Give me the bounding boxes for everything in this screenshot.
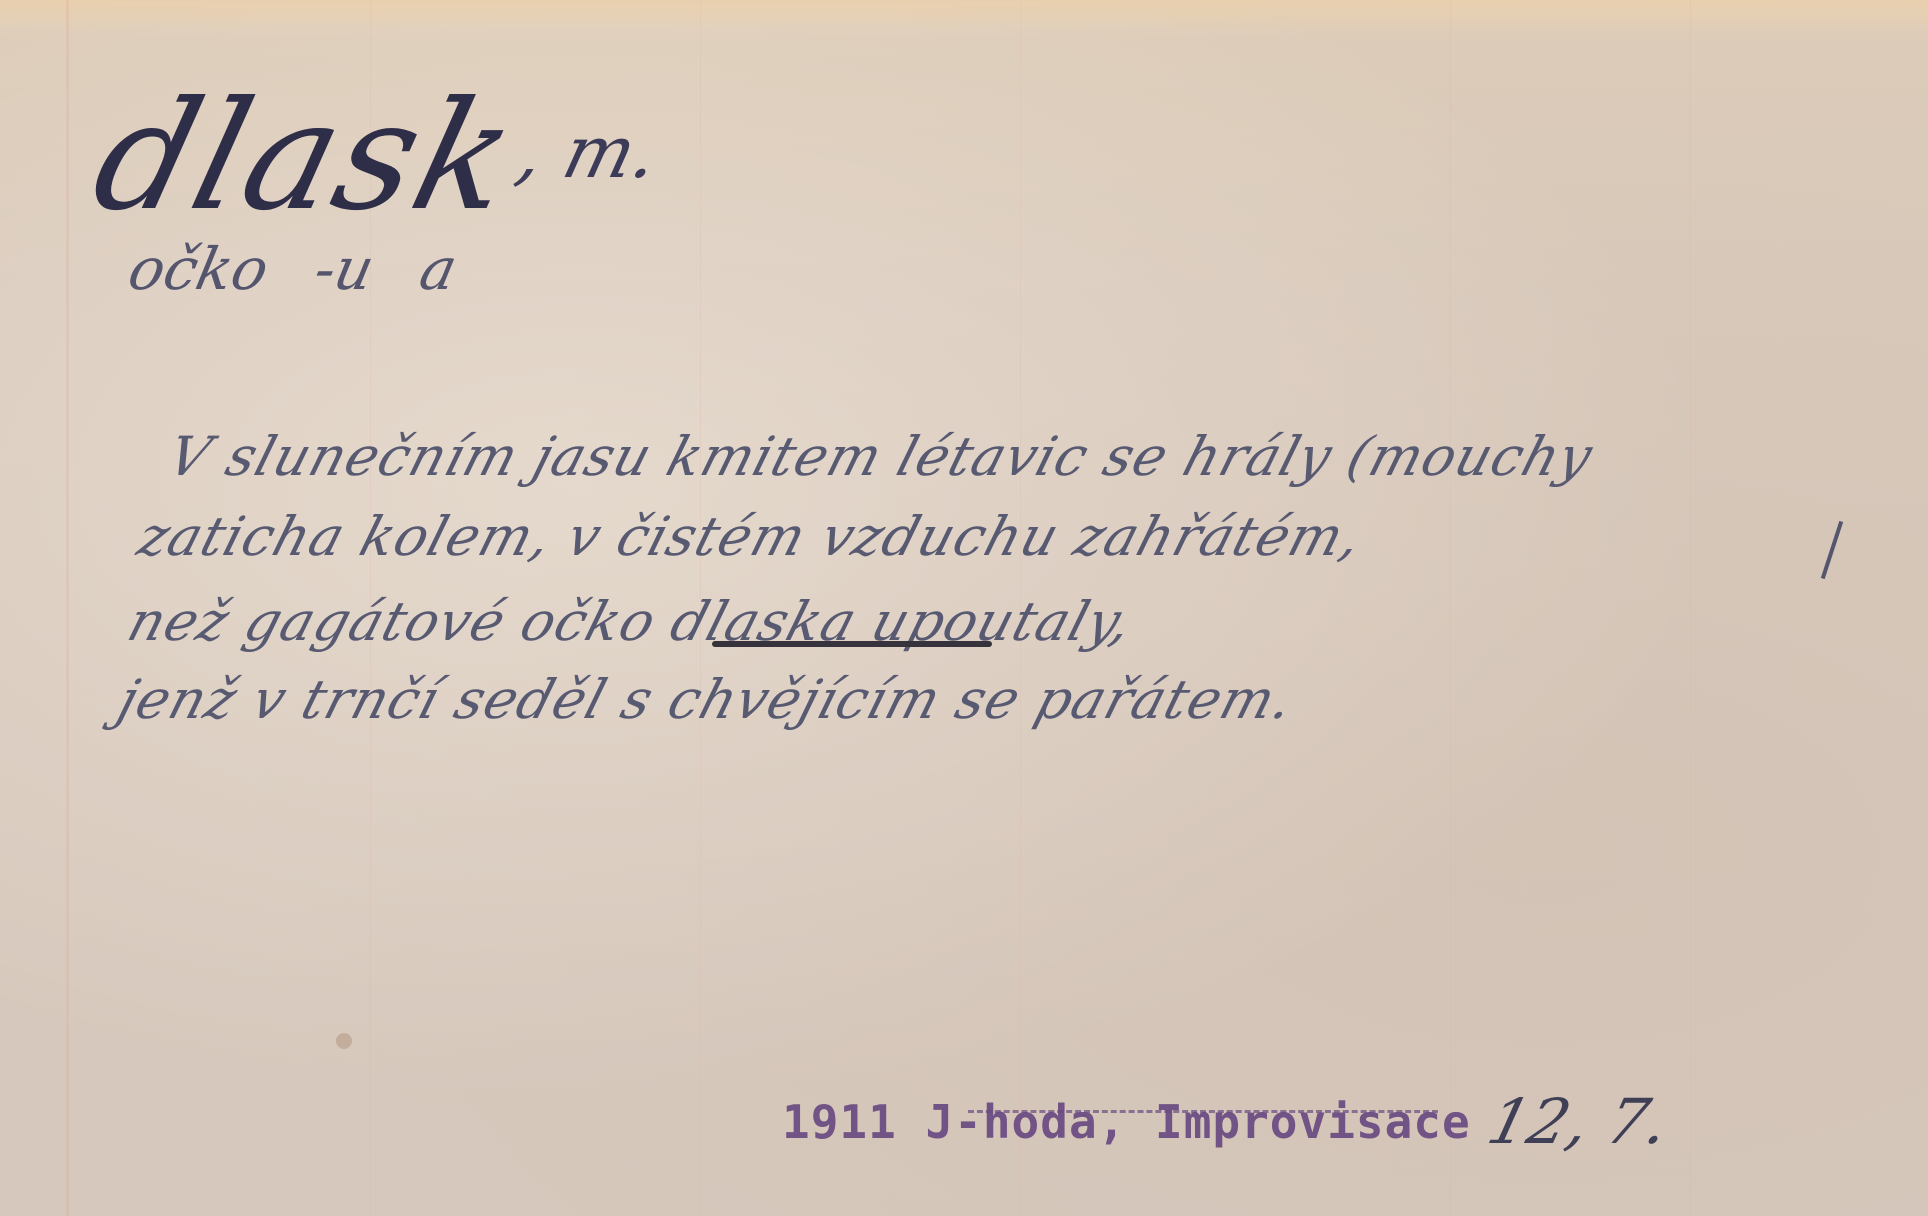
margin-mark bbox=[1821, 521, 1843, 579]
paper-spot bbox=[336, 1033, 352, 1049]
headword-underline bbox=[712, 641, 992, 647]
ruled-line bbox=[1450, 0, 1451, 1216]
headword: dlask bbox=[78, 70, 533, 244]
margin-rule bbox=[66, 0, 69, 1216]
page-reference: 12, 7. bbox=[1481, 1085, 1677, 1158]
paper-top-edge bbox=[0, 0, 1928, 28]
ruled-line bbox=[1690, 0, 1691, 1216]
quotation-line-2: zaticha kolem, v čistém vzduchu zahřátém… bbox=[131, 505, 1370, 568]
source-stamp: 1911 J-hoda, Improvisace bbox=[782, 1095, 1471, 1149]
inflection-forms: očko -u a bbox=[123, 235, 463, 303]
grammatical-gender: , m. bbox=[510, 110, 668, 194]
quotation-line-4: jenž v trnčí seděl s chvějícím se pařáte… bbox=[111, 668, 1301, 731]
dictionary-card: dlask , m. očko -u a V slunečním jasu km… bbox=[0, 0, 1928, 1216]
quotation-line-1: V slunečním jasu kmitem létavic se hrály… bbox=[161, 425, 1600, 488]
